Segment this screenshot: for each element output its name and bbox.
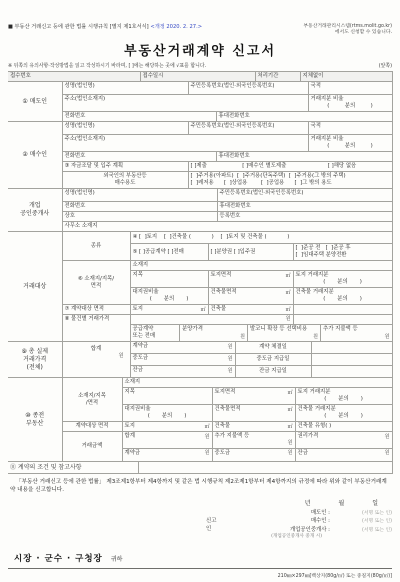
revision-note: <개정 2020. 2. 27.> xyxy=(150,24,202,30)
supply-price-row: 공급계약 또는 전매 분양가격 원 발코니 확장 등 선택비용 원 xyxy=(130,325,392,342)
previous-sum-unit: 원 xyxy=(205,434,210,441)
funding-submit-checkbox: [ ]제출 xyxy=(191,163,243,170)
form-page: ■ 부동산 거래신고 등에 관한 법률 시행규칙 [별지 제1호서식] <개정 … xyxy=(0,0,400,582)
buyer-address-label: 주소(법인소재지) xyxy=(62,135,308,152)
previous-site-ratio-paren: ( 분의 ) xyxy=(125,413,210,420)
site-ratio-cell: 대지권비율 ( 분의 ) xyxy=(130,288,208,305)
seller-section-label: ① 매도인 xyxy=(8,81,62,121)
balance-cell: 잔금 원 xyxy=(130,366,235,378)
law-note: ■ 부동산 거래신고 등에 관한 법률 시행규칙 [별지 제1호서식] xyxy=(8,24,149,30)
agent-trade-name-label: 상호 xyxy=(62,212,217,222)
conditions-blank xyxy=(138,461,392,473)
receipt-no-label: 접수번호 xyxy=(8,71,140,81)
previous-location-label: 소재지/지목 /면적 xyxy=(62,378,122,422)
signer-rows: 매도인 : (서명 또는 인) 매수인 : (서명 또는 인) 개업공인중개사 … xyxy=(220,509,392,541)
previous-interim-label: 중도금 xyxy=(215,450,231,457)
previous-bldg-share-label: 건축물 거래지분 xyxy=(298,406,336,412)
property-kind-row1: ④ [ ]토지 [ ]건축물 ( ) [ ]토지 및 건축물 ( ) xyxy=(130,232,392,244)
buyer-name-label: 성명(법인명) xyxy=(62,122,188,135)
form-title: 부동산거래계약 신고서 xyxy=(8,40,392,59)
previous-section-label-line1: ⑩ 종전 xyxy=(9,412,61,420)
paper-spec: 210㎜×297㎜[백상지(80g/㎡) 또는 중질지(80g/㎡)] xyxy=(8,572,392,579)
rtms-note: 부동산거래관리시스템(rtms.molit.go.kr) 에서도 신청할 수 있… xyxy=(304,24,392,37)
recipient-title: 시장 · 군수 · 구청장 xyxy=(14,554,103,564)
previous-extra-cell: 추가 지불액 등 원 xyxy=(212,432,295,449)
kind-status-line2: [ ]임대주택 분양전환 xyxy=(296,252,390,259)
total-sum-cell: 합계 원 xyxy=(62,342,130,378)
property-land-share-cell: 토지 거래지분 ( 분의 ) xyxy=(293,271,392,288)
previous-contract-land-cell: 토지 ㎡ xyxy=(122,422,212,432)
land-share-paren: ( 분의 ) xyxy=(296,279,390,286)
balance-date-label: 잔금 지급일 xyxy=(235,366,311,378)
extra-payment-label: 추가 지불액 등 xyxy=(323,326,389,333)
previous-land-area-label: 토지면적 xyxy=(215,389,236,396)
instruction-row: ※ 뒤쪽의 유의사항·작성방법을 읽고 작성하시기 바라며, [ ]에는 해당하… xyxy=(8,62,392,69)
previous-land-share-cell: 토지 거래지분 ( 분의 ) xyxy=(295,388,392,405)
agent-brokerage-note: (개업공인중개사 중개 시) xyxy=(220,534,392,540)
previous-rights-cell: 권리가격 원 xyxy=(295,432,392,449)
previous-contract-area-label: 계약대상 면적 xyxy=(62,422,122,432)
agent-rrn-label: 주민등록번호(법인·외국인등록번호) xyxy=(217,189,392,202)
property-location-label-line2: 면적 xyxy=(65,283,128,290)
deposit-date-blank xyxy=(311,342,392,354)
contract-bldg-unit: ㎡ xyxy=(285,307,290,314)
previous-bldg-area-label: 건축물면적 xyxy=(215,406,241,413)
conditions-table: ⑪ 계약의 조건 및 참고사항 xyxy=(8,461,393,474)
agent-signature-row: 개업공인중개사 : (서명 또는 인) xyxy=(220,526,392,534)
previous-location-label-line1: 소재지/지목 xyxy=(65,393,120,400)
previous-land-label: 토지 xyxy=(125,423,135,430)
interim-cell: 중도금 원 xyxy=(130,354,235,366)
kind-rights-checkboxes: [ ]분양권 [ ]입주권 xyxy=(208,244,293,261)
funding-na-checkbox: [ ]해당 없음 xyxy=(328,163,390,170)
previous-extra-label: 추가 지불액 등 xyxy=(215,433,293,440)
previous-deposit-unit: 원 xyxy=(205,450,210,457)
previous-section-label-line2: 부동산 xyxy=(9,420,61,428)
previous-bldg-unit: ㎡ xyxy=(287,424,292,431)
total-price-section-label: ⑨ 총 실제 거래가격 (전체) xyxy=(8,342,62,378)
buyer-signature-row: 매수인 : (서명 또는 인) xyxy=(220,517,392,525)
land-area-unit: ㎡ xyxy=(285,273,290,280)
sale-price-unit: 원 xyxy=(182,334,245,341)
previous-sum-cell: 합계 원 xyxy=(122,432,212,449)
recipient-line: 시장 · 군수 · 구청장 귀하 xyxy=(8,546,392,569)
previous-property-table: ⑩ 종전 부동산 소재지/지목 /면적 소재지 지목 토지면적 ㎡ 토지 거래지… xyxy=(8,377,393,462)
item-price-blank xyxy=(293,315,392,325)
previous-site-ratio-label: 대지권비율 xyxy=(125,406,151,412)
buyer-sign-note: (서명 또는 인) xyxy=(330,518,392,525)
previous-land-area-unit: ㎡ xyxy=(287,390,292,397)
foreign-use-options: [ ]주거용(아파트) [ ]주거용(단독주택) [ ]주거용(그 밖의 주택)… xyxy=(188,172,392,189)
funding-separate-checkbox: [ ]매수인 별도제출 xyxy=(242,163,328,170)
buyer-share-paren: ( 분의 ) xyxy=(311,143,390,150)
extra-payment-cell: 추가 지불액 등 원 xyxy=(321,325,391,341)
deposit-label: 계약금 xyxy=(133,343,149,350)
seller-phone-label: 전화번호 xyxy=(62,111,216,121)
contract-area-label: ⑦ 계약대상 면적 xyxy=(62,305,130,315)
previous-interim-unit: 원 xyxy=(288,450,293,457)
reporter-label: 신고인 xyxy=(206,516,220,541)
property-table: 거래대상 종류 ④ [ ]토지 [ ]건축물 ( ) [ ]토지 및 건축물 (… xyxy=(8,231,393,342)
deposit-date-label: 계약 체결일 xyxy=(235,342,311,354)
rtms-line2: 에서도 신청할 수 있습니다. xyxy=(304,30,392,36)
previous-rights-unit: 원 xyxy=(385,434,390,441)
previous-land-unit: ㎡ xyxy=(204,424,209,431)
previous-site-ratio-cell: 대지권비율 ( 분의 ) xyxy=(122,405,212,422)
seller-mobile-label: 휴대전화번호 xyxy=(216,111,392,121)
seller-table: ① 매도인 성명(법인명) 주민등록번호(법인·외국인등록번호) 국적 주소(법… xyxy=(8,81,393,122)
buyer-section-label: ② 매수인 xyxy=(8,122,62,189)
funding-plan-label: ③ 자금조달 및 입주 계획 xyxy=(62,162,188,172)
total-price-label-line3: (전체) xyxy=(9,364,61,372)
foreign-use-label: 외국인의 부동산등 매수용도 xyxy=(62,172,188,189)
total-price-label-line2: 거래가격 xyxy=(9,356,61,364)
previous-contract-bldg-cell: 건축물 ㎡ xyxy=(212,422,295,432)
previous-land-share-paren: ( 분의 ) xyxy=(298,396,390,403)
seller-share-label: 거래지분 비율 xyxy=(311,96,344,102)
date-line: 년 월 일 xyxy=(8,498,392,507)
kind-supply-checkboxes: ⑤ [ ]공급계약 [ ]전매 xyxy=(130,244,208,261)
contract-bldg-label: 건축물 xyxy=(211,306,227,313)
instruction-note: ※ 뒤쪽의 유의사항·작성방법을 읽고 작성하시기 바라며, [ ]에는 해당하… xyxy=(8,62,206,69)
extra-payment-unit: 원 xyxy=(323,334,389,341)
contract-land-unit: ㎡ xyxy=(200,307,205,314)
previous-bldg-label: 건축물 xyxy=(215,423,231,430)
previous-jimok-label: 지목 xyxy=(122,388,212,405)
bldg-area-unit: ㎡ xyxy=(285,290,290,297)
agent-phone-label: 전화번호 xyxy=(62,202,217,212)
form-header: ■ 부동산 거래신고 등에 관한 법률 시행규칙 [별지 제1호서식] <개정 … xyxy=(8,24,392,37)
previous-address-label: 소재지 xyxy=(122,378,392,388)
balcony-cost-cell: 발코니 확장 등 선택비용 원 xyxy=(248,325,321,341)
item-price-unit: 원 xyxy=(286,316,291,322)
foreign-use-label-line2: 매수용도 xyxy=(65,180,186,187)
previous-bldg-area-unit: ㎡ xyxy=(287,407,292,414)
site-ratio-label: 대지권비율 xyxy=(133,289,159,295)
contract-land-label: 토지 xyxy=(133,306,143,313)
agent-name-label: 성명(법인명) xyxy=(62,189,217,202)
supply-contract-cell: 공급계약 또는 전매 xyxy=(131,325,181,341)
agent-table: 개업 공인중개사 성명(법인명) 주민등록번호(법인·외국인등록번호) 전화번호… xyxy=(8,188,393,232)
property-bldg-area-cell: 건축물면적 ㎡ xyxy=(208,288,293,305)
seller-nationality-label: 국적 xyxy=(308,81,392,94)
seller-address-label: 주소(법인소재지) xyxy=(62,94,308,111)
recipient-suffix: 귀하 xyxy=(111,556,123,563)
deposit-cell: 계약금 원 xyxy=(130,342,235,354)
date-day-label: 일 xyxy=(372,500,378,507)
property-location-label-line1: ⑥ 소재지/지목/ xyxy=(65,276,128,283)
kind-status-checkboxes: [ ]준공 전 [ ]준공 후 [ ]임대주택 분양전환 xyxy=(293,244,392,261)
previous-bldg-area-cell: 건축물면적 ㎡ xyxy=(212,405,295,422)
previous-balance-label: 잔금 xyxy=(298,450,308,457)
law-reference: ■ 부동산 거래신고 등에 관한 법률 시행규칙 [별지 제1호서식] <개정 … xyxy=(8,24,202,37)
land-share-label: 토지 거래지분 xyxy=(296,272,329,278)
previous-sum-label: 합계 xyxy=(125,433,135,440)
previous-balance-cell: 잔금 원 xyxy=(295,448,392,461)
foreign-use-row2: [ ]레저용 [ ]상업용 [ ]공업용 [ ]그 밖의 용도 xyxy=(191,180,390,187)
sale-price-cell: 분양가격 원 xyxy=(180,325,248,341)
interim-unit: 원 xyxy=(228,356,233,363)
site-ratio-paren: ( 분의 ) xyxy=(133,296,206,303)
sale-price-label: 분양가격 xyxy=(182,326,245,333)
supply-label-line2: 또는 전매 xyxy=(133,333,178,340)
previous-rights-label: 권리가격 xyxy=(298,433,319,440)
property-kind-label: 종류 xyxy=(62,232,130,261)
balance-unit: 원 xyxy=(228,368,233,375)
buyer-share-label: 거래지분 비율 xyxy=(311,136,344,142)
seller-share-paren: ( 분의 ) xyxy=(311,103,390,110)
property-land-area-cell: 토지면적 ㎡ xyxy=(208,271,293,288)
balance-label: 잔금 xyxy=(133,367,143,374)
bldg-share-label: 건축물 거래지분 xyxy=(296,289,334,295)
contract-land-cell: 토지 ㎡ xyxy=(130,305,208,315)
seller-name-label: 성명(법인명) xyxy=(62,81,188,94)
total-price-label-line1: ⑨ 총 실제 xyxy=(9,348,61,356)
page-side-label: (앞쪽) xyxy=(379,62,392,69)
agent-signer-label: 개업공인중개사 : xyxy=(220,526,330,534)
conditions-label: ⑪ 계약의 조건 및 참고사항 xyxy=(8,461,138,473)
total-price-table: ⑨ 총 실제 거래가격 (전체) 합계 원 계약금 원 계약 체결일 xyxy=(8,341,393,378)
agent-reg-no-label: 등록번호 xyxy=(217,212,392,222)
seller-sign-note: (서명 또는 인) xyxy=(330,510,392,517)
agent-sign-note: (서명 또는 인) xyxy=(330,527,392,534)
receipt-datetime-label: 접수일시 xyxy=(140,71,255,81)
previous-bldg-share-paren: ( 분의 ) xyxy=(298,413,390,420)
previous-land-area-cell: 토지면적 ㎡ xyxy=(212,388,295,405)
buyer-share-cell: 거래지분 비율 ( 분의 ) xyxy=(308,135,392,152)
signature-block: 신고인 매도인 : (서명 또는 인) 매수인 : (서명 또는 인) 개업공인… xyxy=(8,509,392,541)
date-year-label: 년 xyxy=(305,500,311,507)
total-sum-unit: 원 xyxy=(65,353,128,360)
seller-share-cell: 거래지분 비율 ( 분의 ) xyxy=(308,94,392,111)
balance-date-blank xyxy=(311,366,392,378)
agent-section-label: 개업 공인중개사 xyxy=(8,189,62,232)
property-section-label: 거래대상 xyxy=(8,232,62,342)
previous-deposit-label: 계약금 xyxy=(125,450,141,457)
processing-period-label: 처리기간 xyxy=(255,71,300,81)
previous-bldg-type-label: 건축물 유형( ) xyxy=(295,422,392,432)
contract-bldg-cell: 건축물 ㎡ xyxy=(208,305,293,315)
property-jimok-label: 지목 xyxy=(130,271,208,288)
agent-section-label-line2: 공인중개사 xyxy=(9,210,61,218)
bldg-share-paren: ( 분의 ) xyxy=(296,296,390,303)
previous-balance-unit: 원 xyxy=(385,450,390,457)
declaration-text: 「부동산 거래신고 등에 관한 법률」 제3조제1항부터 제4항까지 및 같은 … xyxy=(10,478,390,495)
interim-label: 중도금 xyxy=(133,355,149,362)
seller-signer-label: 매도인 : xyxy=(220,509,330,517)
buyer-mobile-label: 휴대전화번호 xyxy=(216,152,392,162)
previous-extra-unit: 원 xyxy=(215,440,293,447)
previous-deposit-cell: 계약금 원 xyxy=(122,448,212,461)
balcony-cost-unit: 원 xyxy=(250,334,318,341)
property-address-label: 소재지 xyxy=(130,261,392,271)
property-bldg-share-cell: 건축물 거래지분 ( 분의 ) xyxy=(293,288,392,305)
agent-mobile-label: 휴대전화번호 xyxy=(217,202,392,212)
balcony-cost-label: 발코니 확장 등 선택비용 xyxy=(250,326,318,333)
bldg-area-label: 건축물면적 xyxy=(211,289,237,296)
previous-amount-label: 거래금액 xyxy=(62,432,122,462)
buyer-table: ② 매수인 성명(법인명) 주민등록번호(법인·외국인등록번호) 국적 주소(법… xyxy=(8,121,393,189)
contract-area-blank xyxy=(293,305,392,315)
agent-section-label-line1: 개업 xyxy=(9,202,61,210)
interim-date-blank xyxy=(311,354,392,366)
seller-signature-row: 매도인 : (서명 또는 인) xyxy=(220,509,392,517)
previous-land-share-label: 토지 거래지분 xyxy=(298,389,331,395)
item-price-label: ⑧ 물건별 거래가격 xyxy=(62,315,130,342)
buyer-rrn-label: 주민등록번호(법인·외국인등록번호) xyxy=(188,122,308,135)
deposit-unit: 원 xyxy=(228,344,233,351)
previous-bldg-share-cell: 건축물 거래지분 ( 분의 ) xyxy=(295,405,392,422)
item-price-value-cell: 원 xyxy=(130,315,293,325)
previous-section-label: ⑩ 종전 부동산 xyxy=(8,378,62,462)
previous-location-label-line2: /면적 xyxy=(65,400,120,407)
property-location-label: ⑥ 소재지/지목/ 면적 xyxy=(62,261,130,305)
buyer-phone-label: 전화번호 xyxy=(62,152,216,162)
date-month-label: 월 xyxy=(338,500,344,507)
agent-office-label: 사무소 소재지 xyxy=(62,222,392,232)
funding-plan-options: [ ]제출 [ ]매수인 별도제출 [ ]해당 없음 xyxy=(188,162,392,172)
interim-date-label: 중도금 지급일 xyxy=(235,354,311,366)
buyer-nationality-label: 국적 xyxy=(308,122,392,135)
processing-period-value: 지체없이 xyxy=(300,71,392,81)
seller-rrn-label: 주민등록번호(법인·외국인등록번호) xyxy=(188,81,308,94)
land-area-label: 토지면적 xyxy=(211,272,232,279)
buyer-signer-label: 매수인 : xyxy=(220,517,330,525)
previous-interim-cell: 중도금 원 xyxy=(212,448,295,461)
